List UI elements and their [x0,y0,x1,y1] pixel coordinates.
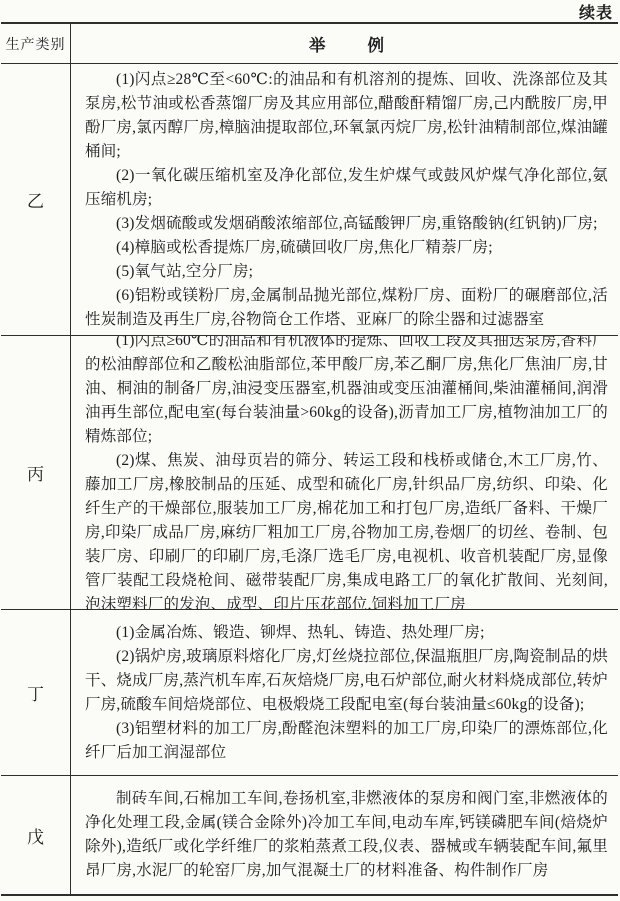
example-paragraph: (3)铝塑材料的加工厂房,酚醛泡沫塑料的加工厂房,印染厂的漂炼部位,化纤厂后加工… [85,717,608,765]
examples-cell-bing: (1)闪点≥60℃的油品和有机液体的提炼、回收工段及其抽送泵房,香料厂的松油醇部… [71,336,618,609]
category-label-yi: 乙 [1,64,71,335]
example-paragraph: (1)闪点≥60℃的油品和有机液体的提炼、回收工段及其抽送泵房,香料厂的松油醇部… [85,336,608,449]
example-paragraph: (2)煤、焦炭、油母页岩的筛分、转运工段和栈桥或储仓,木工厂房,竹、藤加工厂房,… [85,449,608,610]
header-examples: 举 例 [71,24,618,63]
header-examples-char-2: 例 [368,32,385,56]
category-label-bing: 丙 [1,336,71,609]
table-row-wu: 戊 制砖车间,石棉加工车间,卷扬机室,非燃液体的泵房和阀门室,非燃液体的净化处理… [1,776,618,894]
category-label-wu: 戊 [1,776,71,894]
example-paragraph: (6)铝粉或镁粉厂房,金属制品抛光部位,煤粉厂房、面粉厂的碾磨部位,活性炭制造及… [85,284,608,332]
example-paragraph: (1)金属冶炼、锻造、铆焊、热轧、铸造、热处理厂房; [85,621,608,645]
example-paragraph: (1)闪点≥28℃至<60℃:的油品和有机溶剂的提炼、回收、洗涤部位及其泵房,松… [85,68,608,164]
table-row-bing: 丙 (1)闪点≥60℃的油品和有机液体的提炼、回收工段及其抽送泵房,香料厂的松油… [1,336,618,610]
header-examples-char-1: 举 [309,32,326,56]
example-paragraph: 制砖车间,石棉加工车间,卷扬机室,非燃液体的泵房和阀门室,非燃液体的净化处理工段… [85,787,608,883]
example-paragraph: (2)锅炉房,玻璃原料熔化厂房,灯丝烧拉部位,保温瓶胆厂房,陶瓷制品的烘干、烧成… [85,645,608,717]
table-header-row: 生产类别 举 例 [1,24,618,64]
document-page: { "colors": { "text": "#1c1c1c", "border… [0,0,620,901]
example-paragraph: (2)一氧化碳压缩机室及净化部位,发生炉煤气或鼓风炉煤气净化部位,氨压缩机房; [85,164,608,212]
production-category-table: 生产类别 举 例 乙 (1)闪点≥28℃至<60℃:的油品和有机溶剂的提炼、回收… [1,22,618,896]
examples-cell-yi: (1)闪点≥28℃至<60℃:的油品和有机溶剂的提炼、回收、洗涤部位及其泵房,松… [71,64,618,335]
header-production-category: 生产类别 [1,24,71,63]
example-paragraph: (3)发烟硫酸或发烟硝酸浓缩部位,高锰酸钾厂房,重铬酸钠(红钒钠)厂房; [85,212,608,236]
continuation-table-label: 续表 [579,0,613,23]
table-row-ding: 丁 (1)金属冶炼、锻造、铆焊、热轧、铸造、热处理厂房; (2)锅炉房,玻璃原料… [1,610,618,776]
examples-cell-wu: 制砖车间,石棉加工车间,卷扬机室,非燃液体的泵房和阀门室,非燃液体的净化处理工段… [71,776,618,894]
table-row-yi: 乙 (1)闪点≥28℃至<60℃:的油品和有机溶剂的提炼、回收、洗涤部位及其泵房… [1,64,618,336]
example-paragraph: (4)樟脑或松香提炼厂房,硫磺回收厂房,焦化厂精萘厂房; [85,236,608,260]
category-label-ding: 丁 [1,610,71,775]
examples-cell-ding: (1)金属冶炼、锻造、铆焊、热轧、铸造、热处理厂房; (2)锅炉房,玻璃原料熔化… [71,610,618,775]
example-paragraph: (5)氧气站,空分厂房; [85,260,608,284]
